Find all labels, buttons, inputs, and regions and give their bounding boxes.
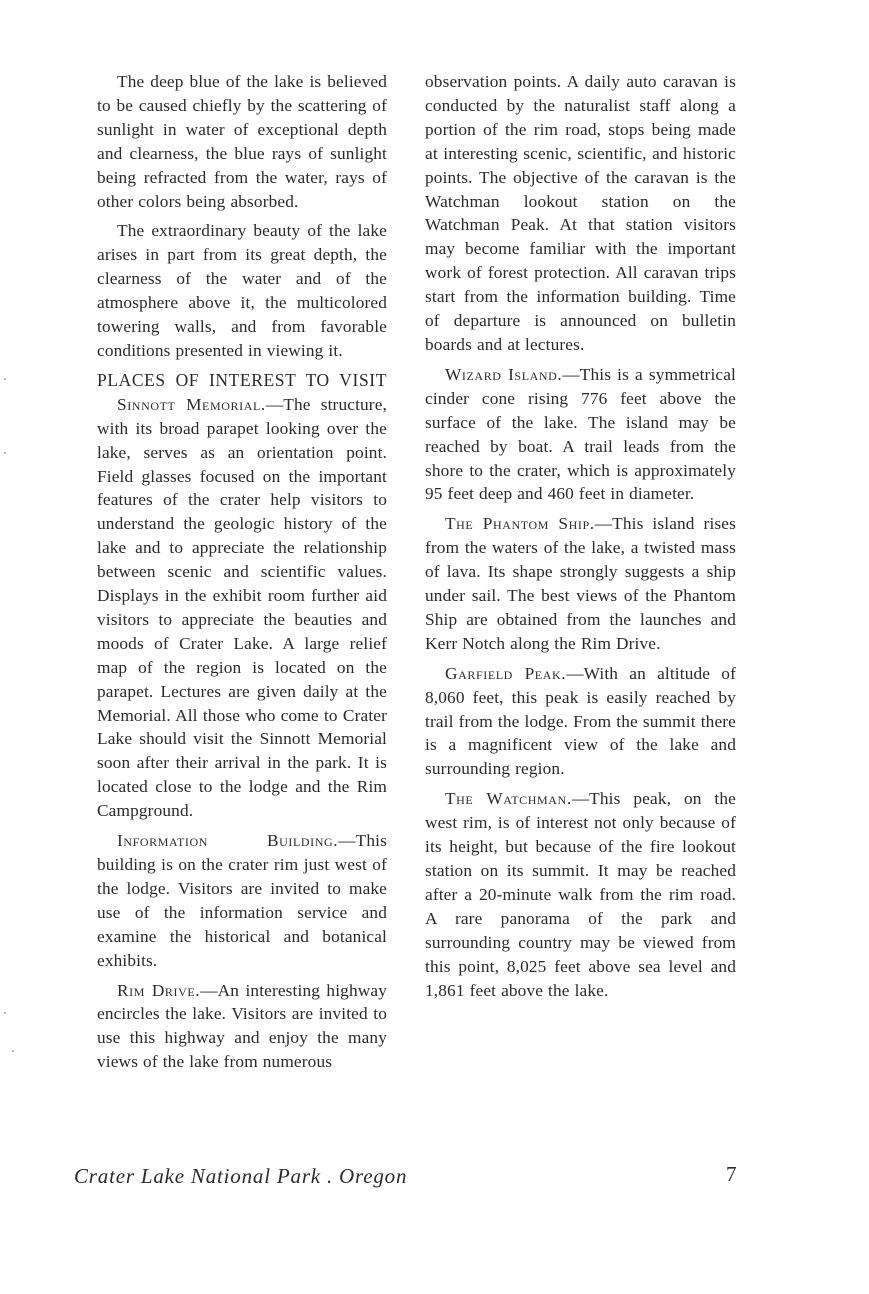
entry-body: —This island rises from the waters of th… bbox=[425, 514, 736, 653]
entry-body: —The structure, with its broad parapet l… bbox=[97, 395, 387, 820]
entry-rim-drive: Rim Drive.—An interesting highway encirc… bbox=[97, 979, 387, 1075]
entry-garfield-peak: Garfield Peak.—With an altitude of 8,060… bbox=[425, 662, 736, 782]
scan-speck bbox=[12, 1050, 14, 1052]
entry-title: Wizard Island. bbox=[445, 365, 562, 384]
scan-speck bbox=[4, 378, 6, 380]
entry-title: Garfield Peak. bbox=[445, 664, 566, 683]
scan-speck bbox=[4, 1012, 6, 1014]
book-page: The deep blue of the lake is believed to… bbox=[0, 0, 869, 1294]
paragraph-rim-drive-continued: observation points. A daily auto caravan… bbox=[425, 70, 736, 357]
section-heading: PLACES OF INTEREST TO VISIT bbox=[97, 369, 387, 393]
entry-title: The Watchman. bbox=[445, 789, 572, 808]
entry-title: The Phantom Ship. bbox=[445, 514, 595, 533]
right-column: observation points. A daily auto caravan… bbox=[425, 70, 736, 1002]
running-footer-title: Crater Lake National Park . Oregon bbox=[74, 1164, 407, 1189]
paragraph-lake-color: The deep blue of the lake is believed to… bbox=[97, 70, 387, 213]
entry-information-building: Information Building.—This building is o… bbox=[97, 829, 387, 972]
entry-title: Rim Drive. bbox=[117, 981, 200, 1000]
entry-the-watchman: The Watchman.—This peak, on the west rim… bbox=[425, 787, 736, 1002]
entry-title: Information Building. bbox=[117, 831, 338, 850]
entry-body: —This peak, on the west rim, is of inter… bbox=[425, 789, 736, 999]
entry-body: —This building is on the crater rim just… bbox=[97, 831, 387, 970]
scan-speck bbox=[4, 452, 6, 454]
entry-sinnott-memorial: Sinnott Memorial.—The structure, with it… bbox=[97, 393, 387, 823]
entry-title: Sinnott Memorial. bbox=[117, 395, 266, 414]
entry-phantom-ship: The Phantom Ship.—This island rises from… bbox=[425, 512, 736, 655]
entry-body: —This is a symmetrical cinder cone risin… bbox=[425, 365, 736, 504]
entry-wizard-island: Wizard Island.—This is a symmetrical cin… bbox=[425, 363, 736, 506]
page-number: 7 bbox=[726, 1162, 737, 1187]
paragraph-lake-beauty: The extraordinary beauty of the lake ari… bbox=[97, 219, 387, 362]
left-column: The deep blue of the lake is believed to… bbox=[97, 70, 387, 1074]
